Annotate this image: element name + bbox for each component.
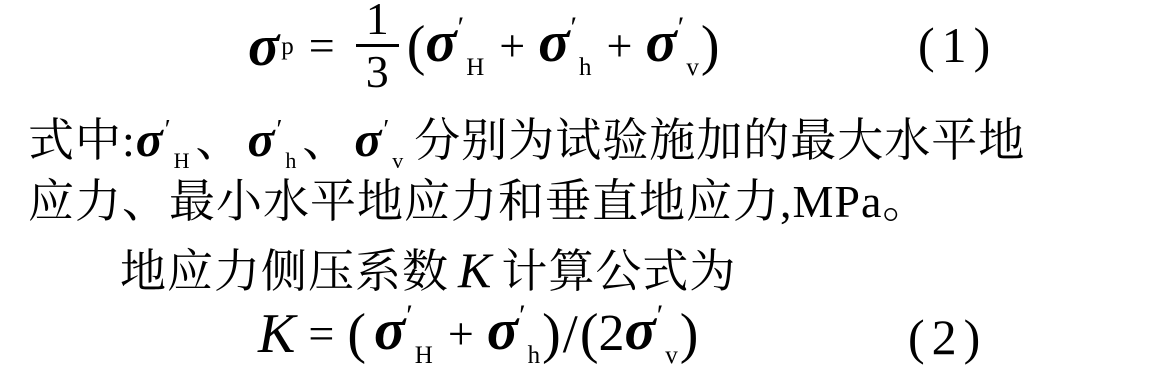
K-variable-inline: K: [458, 242, 492, 298]
subscript-h: h: [528, 342, 541, 368]
where-label: 式中:: [28, 115, 136, 166]
sigma-base: σ: [374, 297, 405, 362]
prime-mark: ′: [570, 11, 577, 44]
sigma-term-H: σ′H: [374, 301, 435, 368]
subscript-H: H: [415, 342, 433, 368]
sigma-term-v: σ′v: [646, 13, 701, 80]
sigma-base: σ: [646, 9, 677, 74]
coefficient-2: 2: [598, 308, 624, 360]
fraction-one-third: 1 3: [356, 0, 399, 97]
prime-mark: ′: [657, 299, 664, 332]
open-paren: (: [407, 18, 426, 74]
prime-mark: ′: [406, 299, 413, 332]
equation-1-number: (1): [918, 20, 997, 70]
intro-sentence-line: 地应力侧压系数K计算公式为: [120, 245, 736, 295]
sigma-base: σ: [136, 111, 164, 167]
close-paren: ): [542, 306, 561, 362]
equals-sign: =: [309, 23, 335, 69]
equation-2-number: (2): [908, 312, 987, 362]
open-paren: (: [580, 306, 599, 362]
close-paren: ): [701, 18, 720, 74]
prime-mark: ′: [165, 114, 172, 144]
prime-mark: ′: [458, 11, 465, 44]
open-paren: (: [347, 306, 366, 362]
sigma-term-v: σ′v: [624, 301, 679, 368]
subscript-H: H: [174, 148, 191, 173]
where-clause-line-2: 应力、最小水平地应力和垂直地应力,MPa。: [28, 179, 929, 225]
sigma-term-h: σ′h: [538, 13, 593, 80]
sigma-p-base: σ: [248, 17, 279, 75]
plus-sign: +: [607, 23, 633, 69]
sigma-p-subscript: p: [281, 34, 294, 59]
subscript-v: v: [392, 148, 404, 173]
enumeration-comma: 、: [302, 115, 349, 166]
where-clause-line-1: 式中:σ′H、σ′h、σ′v分别为试验施加的最大水平地: [28, 114, 1025, 172]
fraction-numerator: 1: [356, 0, 399, 44]
sigma-base: σ: [425, 9, 456, 74]
paper-page: σp = 1 3 ( σ′H + σ′h + σ′v ) (1) 式中:σ′H、…: [0, 0, 1169, 368]
where-clause-text: 分别为试验施加的最大水平地: [414, 115, 1025, 166]
prime-mark: ′: [276, 114, 283, 144]
inline-sigma-H: σ′H: [136, 115, 191, 166]
sigma-base: σ: [354, 111, 382, 167]
inline-sigma-v: σ′v: [354, 115, 404, 166]
intro-prefix: 地应力侧压系数: [120, 246, 449, 297]
subscript-v: v: [665, 342, 678, 368]
sigma-term-h: σ′h: [487, 301, 542, 368]
sigma-term-H: σ′H: [425, 13, 486, 80]
inline-sigma-h: σ′h: [248, 115, 298, 166]
subscript-v: v: [686, 54, 699, 81]
enumeration-comma: 、: [196, 115, 243, 166]
prime-mark: ′: [519, 299, 526, 332]
fraction-denominator: 3: [356, 44, 399, 97]
division-slash: /: [563, 307, 578, 361]
plus-sign: +: [499, 23, 525, 69]
equals-sign: =: [308, 311, 334, 357]
sigma-base: σ: [248, 111, 276, 167]
close-paren: ): [680, 306, 699, 362]
subscript-h: h: [579, 54, 592, 81]
equation-2: K = ( σ′H + σ′h ) / ( 2 σ′v ): [258, 302, 698, 366]
intro-suffix: 计算公式为: [501, 246, 736, 297]
plus-sign: +: [448, 311, 474, 357]
equation-1: σp = 1 3 ( σ′H + σ′h + σ′v ): [248, 0, 719, 92]
K-variable: K: [258, 306, 295, 362]
subscript-h: h: [285, 148, 297, 173]
sigma-base: σ: [624, 297, 655, 362]
prime-mark: ′: [678, 11, 685, 44]
subscript-H: H: [466, 54, 484, 81]
sigma-base: σ: [487, 297, 518, 362]
prime-mark: ′: [383, 114, 390, 144]
sigma-base: σ: [538, 9, 569, 74]
